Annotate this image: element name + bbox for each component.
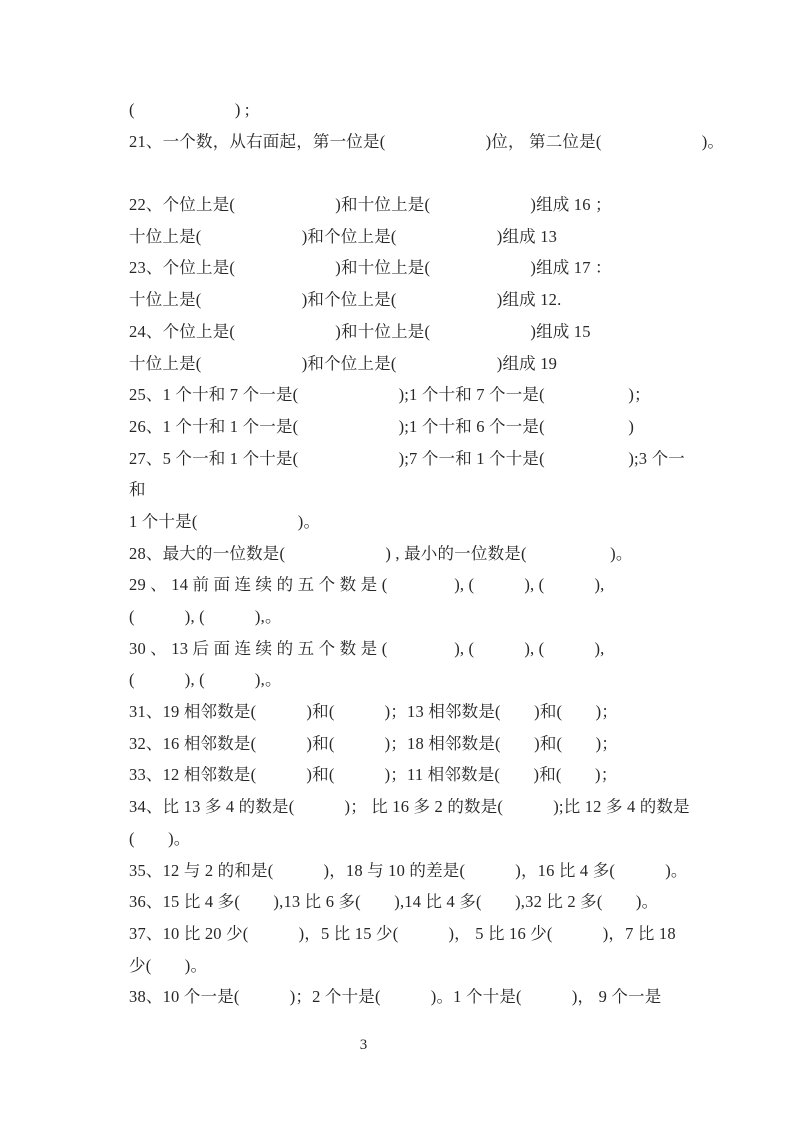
worksheet-line: 1 个十是( )。 xyxy=(129,506,753,538)
worksheet-line: 36、15 比 4 多( ),13 比 6 多( ),14 比 4 多( ),3… xyxy=(129,886,753,918)
worksheet-line: 28、最大的一位数是( ) , 最小的一位数是( )。 xyxy=(129,538,753,570)
worksheet-line: 31、19 相邻数是( )和( )；13 相邻数是( )和( )； xyxy=(129,696,753,728)
worksheet-line: 37、10 比 20 少( )，5 比 15 少( )， 5 比 16 少( )… xyxy=(129,918,753,950)
worksheet-line: ( )。 xyxy=(129,823,753,855)
worksheet-line: ( ) ; xyxy=(129,94,753,126)
worksheet-line: 30 、 13 后 面 连 续 的 五 个 数 是 ( ), ( ), ( ), xyxy=(129,633,753,665)
worksheet-line: 35、12 与 2 的和是( )，18 与 10 的差是( )，16 比 4 多… xyxy=(129,855,753,887)
worksheet-line: 34、比 13 多 4 的数是( )； 比 16 多 2 的数是( );比 12… xyxy=(129,791,753,823)
worksheet-line: 29 、 14 前 面 连 续 的 五 个 数 是 ( ), ( ), ( ), xyxy=(129,569,753,601)
blank-line xyxy=(129,157,753,189)
worksheet-line: ( ), ( ),。 xyxy=(129,664,753,696)
worksheet-line: 21、一个数，从右面起，第一位是( )位， 第二位是( )。 xyxy=(129,126,753,158)
worksheet-line: 22、个位上是( )和十位上是( )组成 16 ； xyxy=(129,189,753,221)
worksheet-page: ( ) ;21、一个数，从右面起，第一位是( )位， 第二位是( )。22、个位… xyxy=(0,0,793,1122)
worksheet-line: 27、5 个一和 1 个十是( );7 个一和 1 个十是( );3 个一 xyxy=(129,443,753,475)
worksheet-line: ( ), ( ),。 xyxy=(129,601,753,633)
worksheet-body: ( ) ;21、一个数，从右面起，第一位是( )位， 第二位是( )。22、个位… xyxy=(129,94,753,1013)
worksheet-line: 38、10 个一是( )；2 个十是( )。1 个十是( )， 9 个一是 xyxy=(129,981,753,1013)
worksheet-line: 十位上是( )和个位上是( )组成 19 xyxy=(129,348,753,380)
worksheet-line: 24、个位上是( )和十位上是( )组成 15 xyxy=(129,316,753,348)
worksheet-line: 十位上是( )和个位上是( )组成 12. xyxy=(129,284,753,316)
page-number: 3 xyxy=(0,1036,727,1054)
worksheet-line: 26、1 个十和 1 个一是( );1 个十和 6 个一是( ) xyxy=(129,411,753,443)
worksheet-line: 32、16 相邻数是( )和( )；18 相邻数是( )和( )； xyxy=(129,728,753,760)
worksheet-line: 十位上是( )和个位上是( )组成 13 xyxy=(129,221,753,253)
worksheet-line: 33、12 相邻数是( )和( )；11 相邻数是( )和( )； xyxy=(129,759,753,791)
worksheet-line: 少( )。 xyxy=(129,950,753,982)
worksheet-line: 23、个位上是( )和十位上是( )组成 17 ： xyxy=(129,252,753,284)
worksheet-line: 25、1 个十和 7 个一是( );1 个十和 7 个一是( )； xyxy=(129,379,753,411)
worksheet-line: 和 xyxy=(129,474,753,506)
